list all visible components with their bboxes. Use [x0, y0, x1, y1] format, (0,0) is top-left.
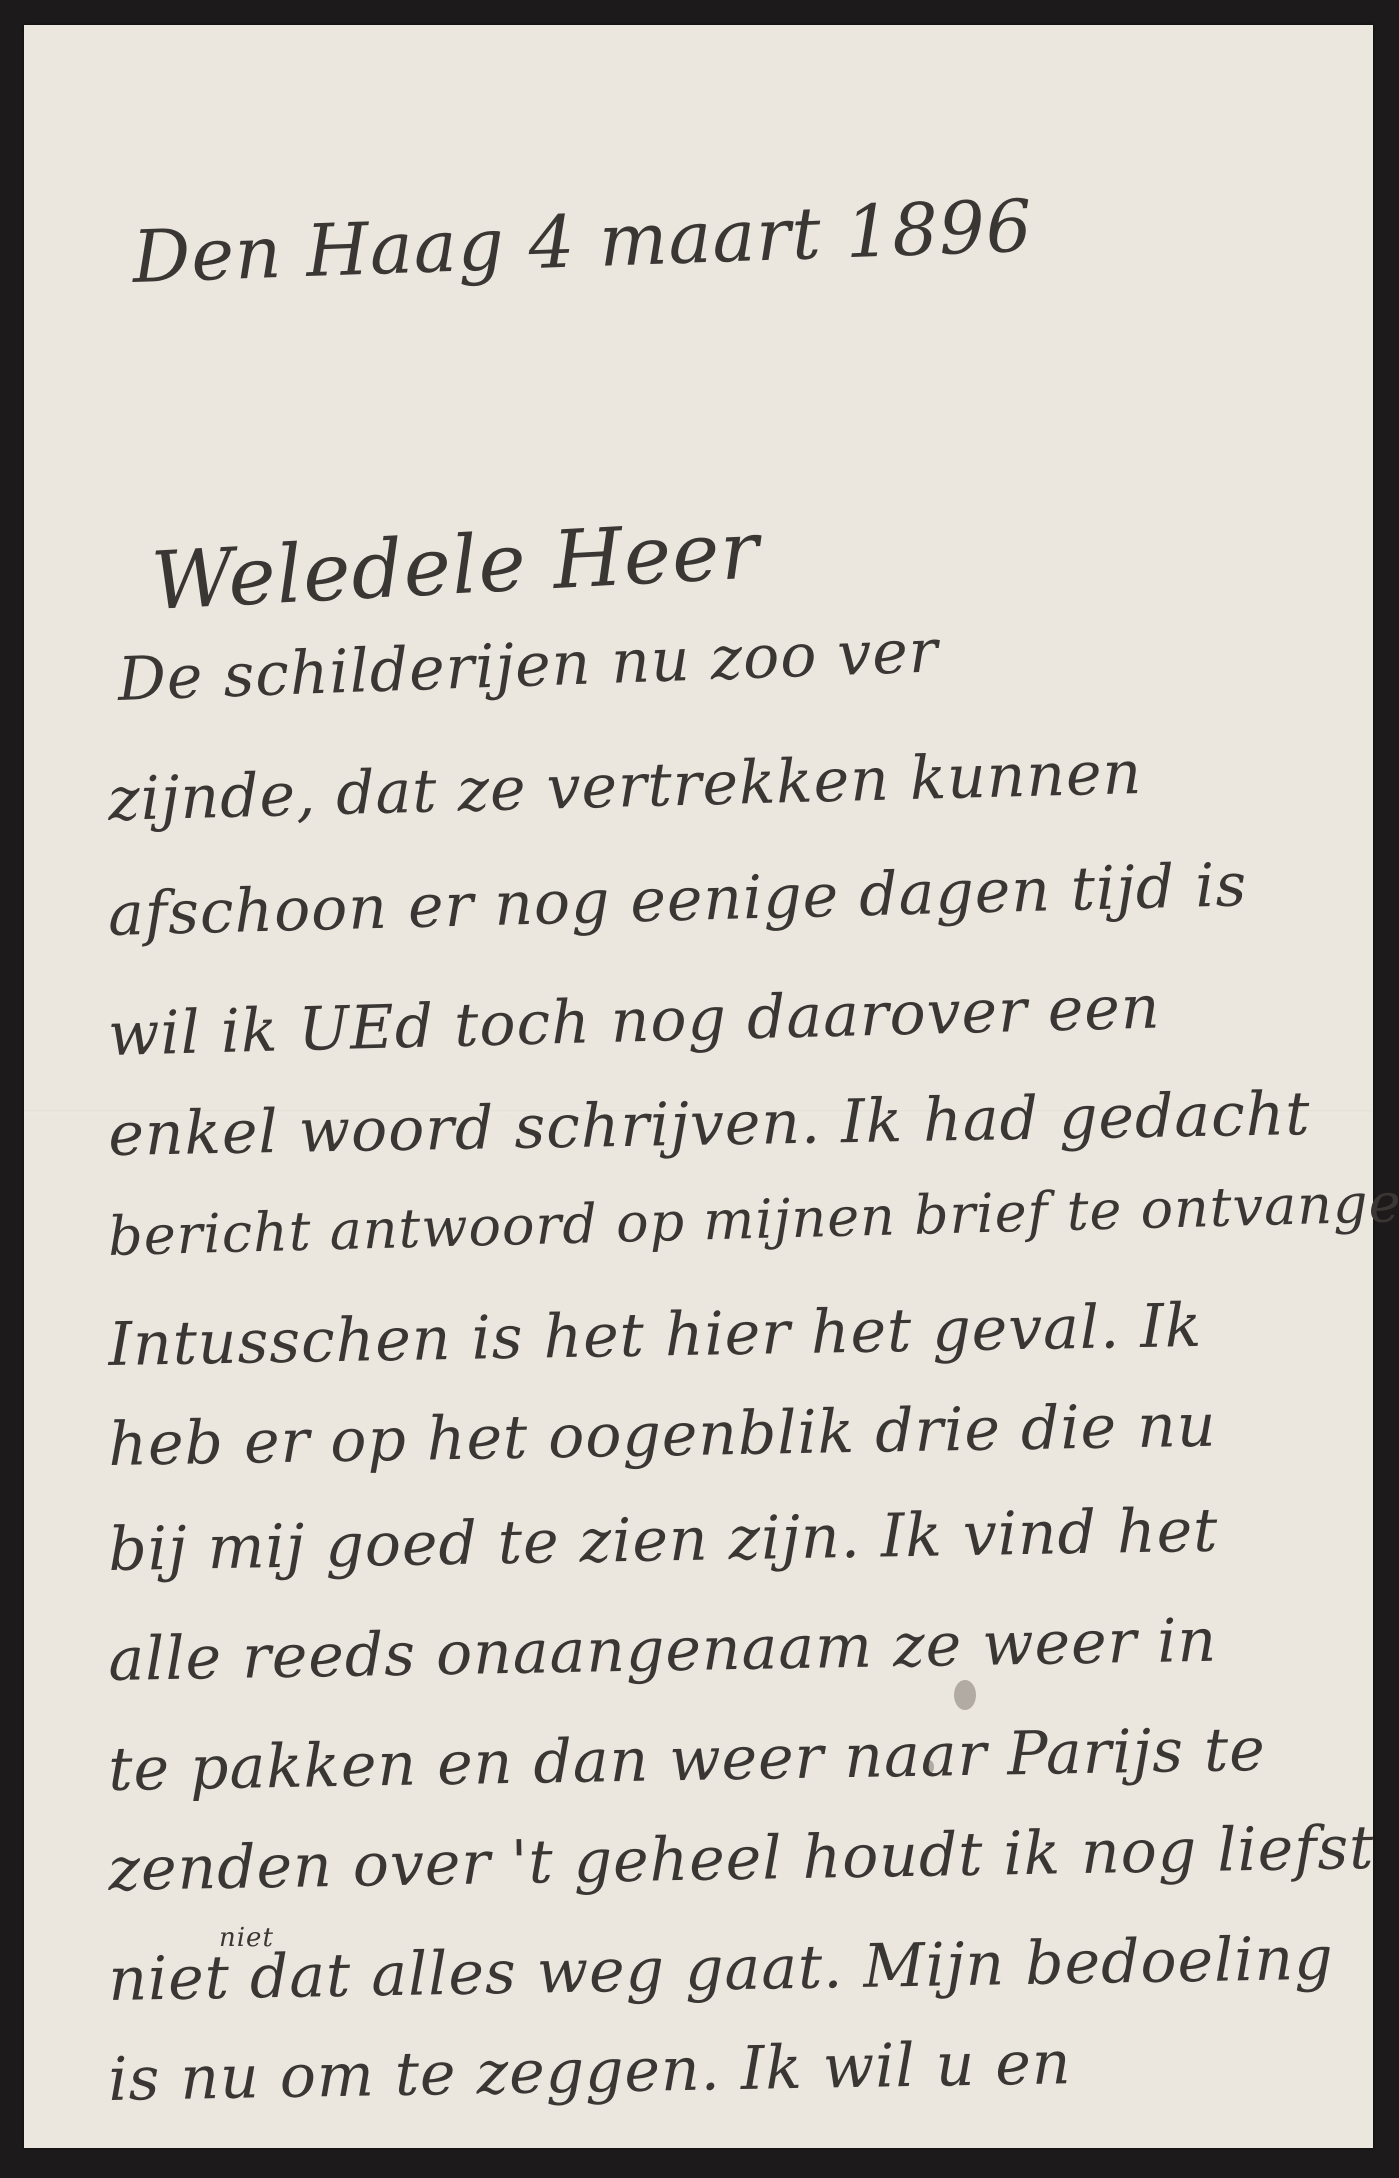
- salutation: Weledele Heer: [149, 503, 762, 628]
- letter-line: afschoon er nog eenige dagen tijd is: [107, 850, 1248, 950]
- letter-line: bij mij goed te zien zijn. Ik vind het: [108, 1496, 1219, 1585]
- letter-line: enkel woord schrijven. Ik had gedacht: [108, 1079, 1311, 1170]
- letter-line: bericht antwoord op mijnen brief te ontv…: [107, 1170, 1399, 1268]
- letter-page: Den Haag 4 maart 1896 Weledele Heer De s…: [24, 25, 1373, 2148]
- letter-line: De schilderijen nu zoo ver: [117, 616, 940, 715]
- letter-line: te pakken en dan weer naar Parijs te: [108, 1715, 1266, 1805]
- letter-line: alle reeds onaangenaam ze weer in: [108, 1606, 1218, 1695]
- letter-line: niet dat alles weg gaat. Mijn bedoeling: [108, 1924, 1334, 2015]
- letter-line: Intusschen is het hier het geval. Ik: [108, 1291, 1203, 1380]
- letter-line: wil ik UEd toch nog daarover een: [107, 972, 1161, 1070]
- letter-line: zenden over 't geheel houdt ik nog liefs…: [108, 1813, 1375, 1905]
- letter-line: zijnde, dat ze vertrekken kunnen: [107, 738, 1143, 835]
- ink-stain: [954, 1680, 976, 1710]
- dateline: Den Haag 4 maart 1896: [131, 184, 1034, 299]
- ink-stain: [924, 1760, 934, 1774]
- letter-line: is nu om te zeggen. Ik wil u en: [108, 2028, 1072, 2115]
- letter-line: heb er op het oogenblik drie die nu: [108, 1391, 1217, 1480]
